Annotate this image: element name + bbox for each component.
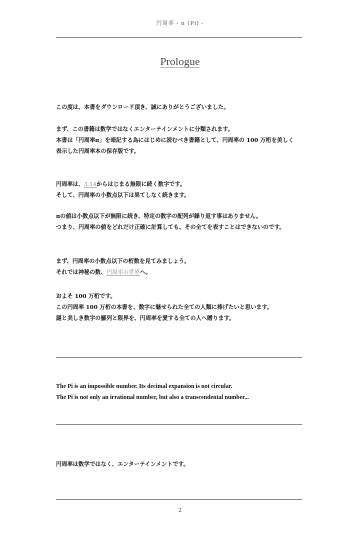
text-segment: からはじまる無限に続く数字です。 <box>96 182 185 188</box>
text-line: 本書は「円周率π」を暗記する為にはじめに読むべき書籍として、円周率の 100 万… <box>56 136 316 147</box>
footer-divider <box>56 499 302 500</box>
paragraph-thanks: この度は、本書をダウンロード頂き、誠にありがとうございました。 <box>56 103 316 114</box>
text-segment: 円周率は、 <box>56 182 84 188</box>
section-divider <box>56 357 302 358</box>
text-line: まず、円周率の小数点以下の桁数を見てみましょう。 <box>56 257 316 268</box>
text-line: そして、円周率の小数点以下は果てしなく続きます。 <box>56 191 316 202</box>
paragraph-closing: 円周率は数学ではなく、エンターテインメントです。 <box>56 460 316 471</box>
paragraph-dedication: およそ 100 万桁です。 この円周率 100 万桁の本書を、数字に魅せられた全… <box>56 292 316 325</box>
text-line: 謎と美しき数字の羅列と限界を、円周率を愛する全ての人へ贈ります。 <box>56 314 316 325</box>
text-line: およそ 100 万桁です。 <box>56 292 316 303</box>
page-title: Prologue <box>0 56 360 68</box>
running-header: 円周率 - π (Pi) - <box>0 19 360 27</box>
text-line: πの値は小数点以下が無限に続き、特定の数字の配列が繰り返す事はありません。 <box>56 212 316 223</box>
text-segment: へ。 <box>140 270 151 276</box>
text-line: つまり、円周率の値をどれだけ正確に計算しても、その全てを表すことはできないのです… <box>56 223 316 234</box>
text-line: 表示した円周率本の保存版です。 <box>56 147 316 158</box>
paragraph-intro: まず、この書籍は数学ではなくエンターテインメントに分類されます。 本書は「円周率… <box>56 125 316 158</box>
section-divider <box>56 424 302 425</box>
header-divider <box>56 37 302 38</box>
text-segment: それでは神秘の数、 <box>56 270 106 276</box>
paragraph-digits: まず、円周率の小数点以下の桁数を見てみましょう。 それでは神秘の数、円周率の世界… <box>56 257 316 279</box>
paragraph-pi-definition: 円周率は、3.14からはじまる無限に続く数字です。 そして、円周率の小数点以下は… <box>56 180 316 202</box>
paragraph-english: The Pi is an impossible number. Its deci… <box>56 382 316 404</box>
text-line: この円周率 100 万桁の本書を、数字に魅せられた全ての人類に捧げたいと思います… <box>56 303 316 314</box>
link-3-14[interactable]: 3.14 <box>84 182 96 188</box>
link-pi-world[interactable]: 円周率の世界 <box>106 270 140 276</box>
paragraph-irrational: πの値は小数点以下が無限に続き、特定の数字の配列が繰り返す事はありません。 つま… <box>56 212 316 234</box>
text-line: 円周率は、3.14からはじまる無限に続く数字です。 <box>56 180 316 191</box>
page-number: 2 <box>0 508 360 514</box>
text-line: それでは神秘の数、円周率の世界へ。 <box>56 268 316 279</box>
text-line: The Pi is an impossible number. Its deci… <box>56 382 316 393</box>
text-line: まず、この書籍は数学ではなくエンターテインメントに分類されます。 <box>56 125 316 136</box>
text-line: 円周率は数学ではなく、エンターテインメントです。 <box>56 460 316 471</box>
text-line: The Pi is not only an irrational number,… <box>56 393 316 404</box>
text-line: この度は、本書をダウンロード頂き、誠にありがとうございました。 <box>56 103 316 114</box>
